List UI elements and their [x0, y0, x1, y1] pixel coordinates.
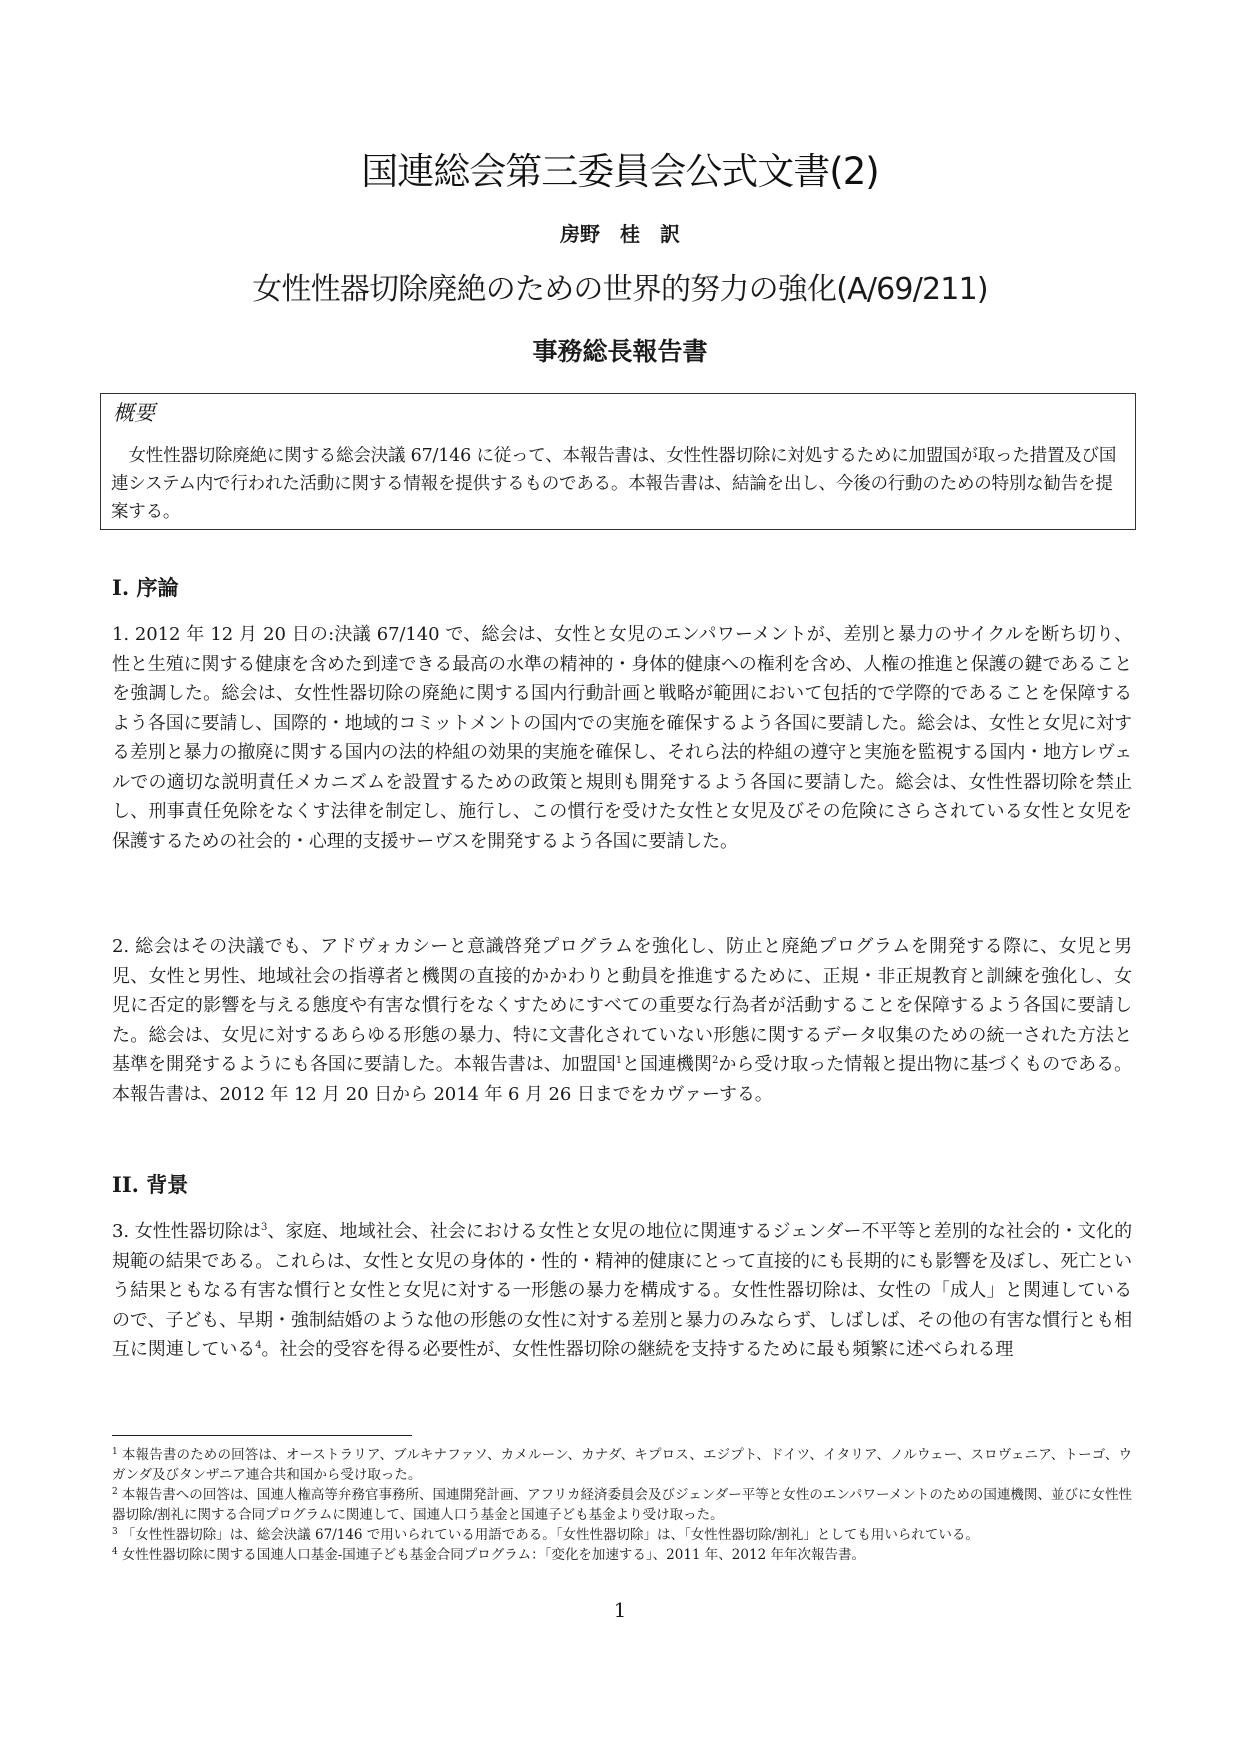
- summary-heading: 概要: [113, 398, 1123, 428]
- footnote-text: 「女性性器切除」は、総会決議 67/146 で用いられている用語である。「女性性…: [122, 1527, 979, 1543]
- paragraph-2: 2. 総会はその決議でも、アドヴォカシーと意識啓発プログラムを強化し、防止と廃絶…: [112, 932, 1132, 1109]
- footnote-divider: [112, 1435, 412, 1436]
- paragraph-2-text-b: と国連機関: [622, 1054, 712, 1075]
- summary-text: 女性性器切除廃絶に関する総会決議 67/146 に従って、本報告書は、女性性器切…: [111, 442, 1123, 526]
- document-title: 国連総会第三委員会公式文書(2): [0, 146, 1240, 198]
- footnote-text: 本報告書への回答は、国連人権高等弁務官事務所、国連開発計画、アフリカ経済委員会及…: [112, 1487, 1132, 1523]
- footnote-number: 1: [112, 1447, 118, 1457]
- paragraph-3: 3. 女性性器切除は3、家庭、地域社会、社会における女性と女児の地位に関連するジ…: [112, 1217, 1132, 1365]
- section-heading-introduction: I. 序論: [112, 573, 178, 603]
- document-page: 国連総会第三委員会公式文書(2) 房野 桂 訳 女性性器切除廃絶のための世界的努…: [0, 0, 1240, 1754]
- footnote-3: 3「女性性器切除」は、総会決議 67/146 で用いられている用語である。「女性…: [112, 1525, 1132, 1545]
- footnote-4: 4女性性器切除に関する国連人口基金-国連子ども基金合同プログラム：「変化を加速す…: [112, 1545, 1132, 1565]
- section-heading-background: II. 背景: [112, 1170, 188, 1200]
- report-type: 事務総長報告書: [0, 334, 1240, 370]
- footnote-1: 1本報告書のための回答は、オーストラリア、ブルキナファソ、カメルーン、カナダ、キ…: [112, 1445, 1132, 1485]
- footnote-number: 4: [112, 1547, 118, 1557]
- footnotes: 1本報告書のための回答は、オーストラリア、ブルキナファソ、カメルーン、カナダ、キ…: [112, 1445, 1132, 1565]
- translator-credit: 房野 桂 訳: [0, 219, 1240, 249]
- paragraph-3-text-a: 3. 女性性器切除は: [112, 1221, 261, 1242]
- paragraph-3-text-c: 。社会的受容を得る必要性が、女性性器切除の継続を支持するために最も頻繁に述べられ…: [261, 1339, 1013, 1360]
- footnote-text: 女性性器切除に関する国連人口基金-国連子ども基金合同プログラム：「変化を加速する…: [122, 1547, 865, 1563]
- paragraph-1: 1. 2012 年 12 月 20 日の:決議 67/140 で、総会は、女性と…: [112, 620, 1132, 856]
- footnote-number: 2: [112, 1487, 118, 1497]
- summary-box: 概要 女性性器切除廃絶に関する総会決議 67/146 に従って、本報告書は、女性…: [100, 393, 1136, 530]
- footnote-number: 3: [112, 1527, 118, 1537]
- document-subtitle: 女性性器切除廃絶のための世界的努力の強化(A/69/211): [0, 268, 1240, 312]
- page-number: 1: [0, 1596, 1240, 1624]
- footnote-text: 本報告書のための回答は、オーストラリア、ブルキナファソ、カメルーン、カナダ、キプ…: [112, 1447, 1132, 1483]
- footnote-2: 2本報告書への回答は、国連人権高等弁務官事務所、国連開発計画、アフリカ経済委員会…: [112, 1485, 1132, 1525]
